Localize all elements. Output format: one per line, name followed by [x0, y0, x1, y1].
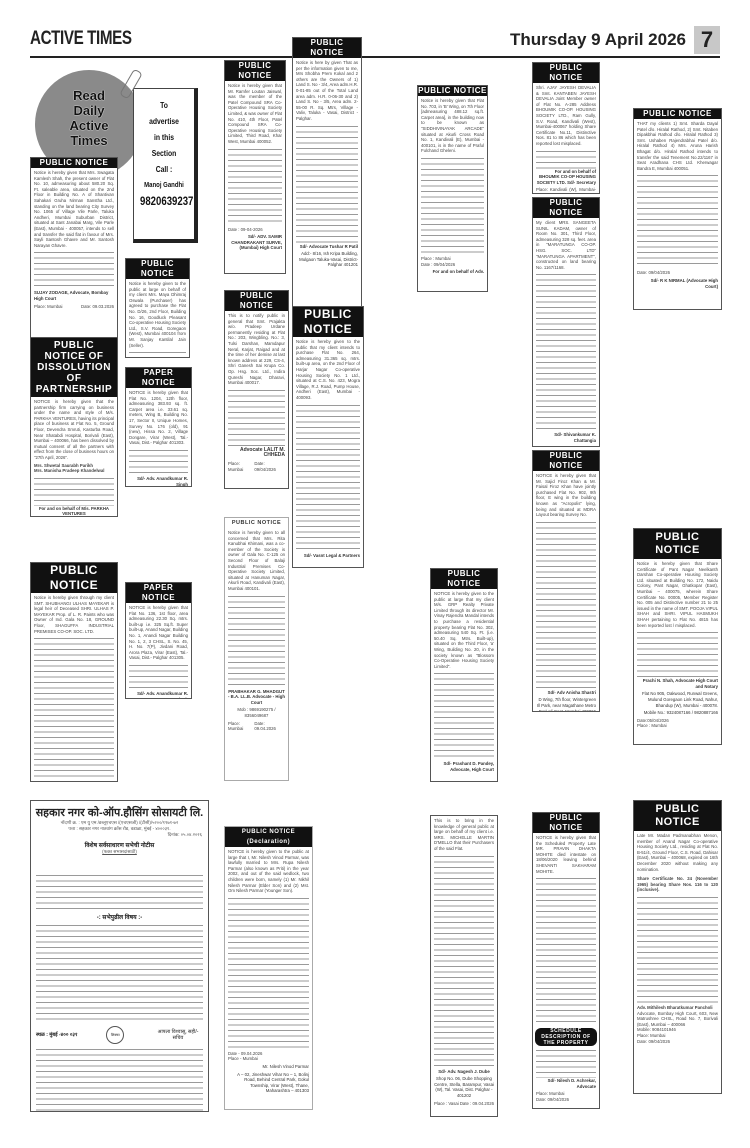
notice-heading: PUBLIC NOTICE	[126, 259, 189, 279]
notice-heading: PUBLIC NOTICE	[634, 109, 721, 119]
notice-box: PUBLIC NOTICE NOTICE is hereby given to …	[430, 568, 498, 782]
notice-body: THAT my clients 1) Smt. Sharda Dayal Pat…	[634, 119, 721, 173]
partner-name: Mrs. Manisha Pradeep Khandelwal	[34, 468, 114, 474]
notice-body: Notice is hereby given to the public tha…	[293, 337, 363, 403]
promo-line: Active	[35, 118, 143, 133]
notice-signature: For and on behalf of M/s. PARKHA VENTURE…	[31, 506, 117, 517]
society-stamp: शिक्का	[106, 1026, 124, 1044]
notice-heading: PUBLIC NOTICE	[533, 63, 599, 83]
notice-date: Date : 09.04.2026	[460, 1101, 494, 1107]
notice-body: Notice is hereby given through my client…	[31, 593, 117, 636]
notice-body: Late Mr. Madan Padmanabhan Menon, member…	[634, 831, 721, 874]
notice-signature: For and on behalf of BHOUMIK CO-OP HOUSI…	[533, 169, 599, 188]
notice-signature: Sd/- Adv. Anandkumar R. Singh	[126, 691, 191, 699]
notice-body: NOTICE is hereby given that the partners…	[31, 397, 117, 463]
notice-place: Place : Mumbai	[637, 723, 718, 729]
notice-box: PUBLIC NOTICE NOTICE is hereby given tha…	[532, 450, 600, 712]
notice-date: Date: 09/04/2026	[536, 1097, 596, 1103]
notice-heading: PUBLIC NOTICE	[293, 38, 361, 58]
notice-date: Date: 09.04.2026	[254, 721, 285, 732]
marathi-society-notice: सहकार नगर को-ऑप.हौसिंग सोसायटी लि. नोंदण…	[30, 800, 209, 1112]
notice-place: Place: Mumbai	[34, 304, 62, 310]
notice-heading: PUBLIC NOTICE	[533, 198, 599, 218]
notice-date: Date: 09/04/2026	[254, 461, 285, 472]
advertise-box: To advertise in this Section Call : Mano…	[133, 88, 198, 243]
masthead: ACTIVE TIMES Thursday 9 April 2026 7	[30, 22, 720, 58]
notice-heading: PUBLIC NOTICE	[293, 307, 363, 337]
notice-address: A – 02, Jineshwar Vihar No – 1, Bolinj R…	[225, 1072, 312, 1096]
notice-signature: Sd/- Advocate Tushar R Patil	[293, 244, 361, 252]
notice-place: Place: Mumbai	[228, 721, 254, 732]
notice-address: Advocate, Bombay High Court, 603, New Ma…	[637, 1011, 718, 1028]
advertise-line: Call :	[140, 161, 188, 177]
notice-box: PUBLIC NOTICE Notice is here by given Th…	[292, 37, 362, 322]
agenda-title: -: सभेपुढील विषय :-	[36, 913, 203, 921]
notice-heading: PUBLIC NOTICE	[418, 86, 487, 96]
notice-body: NOTICE is hereby given that Mr. Sajid Fi…	[533, 471, 599, 520]
notice-signature: SUJAY ZODAGE, Advocate, Bombay High Cour…	[31, 290, 117, 303]
notice-signature: PRABHAKAR G. MHADGUT - B.A. LL.B. Advoca…	[225, 689, 288, 708]
notice-box: PAPER NOTICE NOTICE is hereby given that…	[125, 582, 192, 699]
notice-body: This is to bring in the knowledge of gen…	[431, 816, 497, 854]
notice-box: PUBLIC NOTICE My client MRS. SANGEETA SU…	[532, 197, 600, 447]
notice-box: PUBLIC NOTICE Notice is hereby given thr…	[30, 562, 118, 782]
notice-signature: Sd/- Adv. Anandkumar R. Singh	[126, 476, 191, 487]
notice-box: PUBLIC NOTICE NOTICE is hereby given tha…	[532, 812, 600, 1109]
notice-body: NOTICE is hereby given that Flat No. 136…	[126, 603, 191, 663]
notice-heading: PUBLIC NOTICE OF DISSOLUTION OF PARTNERS…	[31, 338, 117, 397]
notice-signature: Sd/- Prashant D. Pandey, Advocate, High …	[431, 761, 497, 774]
notice-date: Date: 09/04/2026	[634, 268, 721, 278]
notice-address: Add:- 8/16, Ish Kripa Building, Mulgaon …	[293, 251, 361, 270]
notice-signature: Sd/- Vasnt Legal & Partners	[293, 553, 363, 561]
notice-heading: PUBLIC NOTICE	[533, 451, 599, 471]
page-number: 7	[694, 26, 720, 54]
notice-shares: Share Certificate No. 24 (November 1965)…	[634, 874, 721, 895]
notice-heading: PUBLIC NOTICE	[431, 569, 497, 589]
advertise-line: To	[140, 97, 188, 113]
notice-place: स्थळ : मुंबई -४०० ०३१	[36, 1032, 78, 1038]
schedule-heading: SCHEDULE DESCRIPTION OF THE PROPERTY	[535, 1028, 597, 1046]
notice-address: Flat No 905, Oakwood, Runwal Greens, Mul…	[634, 691, 721, 710]
notice-date: Date: 09/04/2026	[637, 1039, 718, 1045]
notice-body: My client MRS. SANGEETA SUNIL KADAM, own…	[533, 218, 599, 272]
notice-body: Notice is hereby given that Share Certif…	[634, 559, 721, 630]
notice-heading: PUBLIC NOTICE	[634, 529, 721, 559]
notice-body: Notice is hereby given that Flat No. 703…	[418, 96, 487, 156]
notice-place: Place: Mumbai	[228, 461, 254, 472]
notice-body: Notice is hereby given that Mrs. Swagata…	[31, 168, 117, 250]
notice-heading: PUBLIC NOTICE (Declaration)	[225, 827, 312, 847]
notice-body: NOTICE is hereby given that Flat No. 120…	[126, 388, 191, 448]
notice-box: PUBLIC NOTICE Shri. AJAY JAYESH DEVALIA …	[532, 62, 600, 194]
notice-body: Notice is hereby given to the public at …	[126, 279, 189, 350]
notice-body: Notice is hereby given that Mr. Ramfer L…	[225, 81, 285, 147]
notice-box: PUBLIC NOTICE Notice is hereby given tha…	[417, 85, 488, 292]
advertise-contact-name: Manoj Gandhi	[140, 177, 188, 193]
notice-signature: Sd/- R K NIRMAL (Advocate High Court)	[634, 278, 721, 291]
meeting-subheading: (फक्त सभासदांसाठी)	[31, 849, 208, 855]
notice-heading: PUBLIC NOTICE	[225, 291, 288, 311]
notice-box: PUBLIC NOTICE Notice is hereby given to …	[125, 258, 190, 358]
notice-box: PUBLIC NOTICE Notice is hereby given to …	[224, 517, 289, 781]
notice-box: PUBLIC NOTICE Late Mr. Madan Padmanabhan…	[633, 800, 722, 1094]
notice-date: Date: 09.03.2026	[81, 304, 114, 310]
notice-signature: Sd/- Adv. Nagesh J. Dube	[431, 1069, 497, 1077]
notice-signature: Sd/- ADV. SAMIR CHANDRAKANT SURVE, (Mumb…	[225, 234, 285, 253]
notice-place: Place : Vasai	[434, 1101, 459, 1107]
notice-box: PUBLIC NOTICE Notice is hereby given to …	[292, 306, 364, 568]
notice-heading: PUBLIC NOTICE	[225, 61, 285, 81]
notice-contact: Mob : 9869190275 / 8356049687	[225, 707, 288, 720]
notice-body: Notice is hereby given to all concerned …	[225, 528, 288, 594]
notice-box: PUBLIC NOTICE Notice is hereby given tha…	[30, 157, 118, 341]
advertise-line: in this	[140, 129, 188, 145]
notice-signature: For and on behalf of Adv.	[418, 269, 487, 277]
notice-body: This is to notify public in general that…	[225, 311, 288, 388]
notice-signature: Adv. Mithilesh Bharatkumar Pancholi	[637, 1005, 718, 1011]
notice-box: PUBLIC NOTICE (Declaration) NOTICE is he…	[224, 826, 313, 1110]
notice-box: This is to bring in the knowledge of gen…	[430, 815, 498, 1117]
society-name: सहकार नगर को-ऑप.हौसिंग सोसायटी लि.	[31, 801, 208, 820]
newspaper-title: ACTIVE TIMES	[30, 28, 132, 50]
promo-line: Times	[35, 133, 143, 148]
notice-body: NOTICE is hereby given to the public at …	[225, 847, 312, 896]
notice-heading: PUBLIC NOTICE	[31, 158, 117, 168]
notice-signature: Sd/- Shivankumar K. Chattangia	[533, 432, 599, 445]
notice-box: PAPER NOTICE NOTICE is hereby given that…	[125, 367, 192, 487]
notice-box: PUBLIC NOTICE Notice is hereby given tha…	[224, 60, 286, 274]
notice-box: PUBLIC NOTICE Notice is hereby given tha…	[633, 528, 722, 745]
notice-signature: आपला विश्वासू, सही/- सचिव	[153, 1029, 203, 1041]
notice-box: PUBLIC NOTICE THAT my clients 1) Smt. Sh…	[633, 108, 722, 310]
notice-contact: Mobile No.: 9324087166 / 9820887166	[634, 710, 721, 718]
notice-place: Place: Kandivali (W), Mumbai-400067.	[536, 187, 596, 194]
notice-heading: PUBLIC NOTICE	[634, 801, 721, 831]
notice-heading: PUBLIC NOTICE	[225, 518, 288, 528]
advertise-phone: 9820639237	[140, 193, 188, 209]
notice-signature: Sd/- Adv Anisha Shastri	[533, 690, 599, 698]
notice-body: Notice is here by given That as per the …	[293, 58, 361, 124]
notice-date: Date : 09/04/2026	[421, 262, 484, 268]
notice-heading: PUBLIC NOTICE	[31, 563, 117, 593]
notice-date: दिनांक: ०५.०४.२०२६	[31, 832, 208, 838]
notice-box: PUBLIC NOTICE This is to notify public i…	[224, 290, 289, 489]
notice-address: Shop No. 06, Dube Shopping Centre, Stell…	[431, 1076, 497, 1100]
issue-date: Thursday 9 April 2026	[510, 30, 686, 50]
notice-body: NOTICE is hereby given to the public at …	[431, 589, 497, 671]
notice-signature: Prachi N. Shah, Advocate High Court and …	[634, 678, 721, 691]
notice-body: Shri. AJAY JAYESH DEVALIA & Smt. KANTABE…	[533, 83, 599, 149]
notice-signature: Advocate LALIT M. CHHEDA	[225, 448, 288, 461]
notice-address: D Wing, 7th floor, Wintergreen Ill Park,…	[533, 697, 599, 712]
notice-signature: Mr. Nilesh Vinod Parmar	[225, 1064, 312, 1072]
notice-heading: PUBLIC NOTICE	[533, 813, 599, 833]
advertise-line: Section	[140, 145, 188, 161]
notice-signature: Sd/- Nilesh D. Achrekar, Advocate	[533, 1078, 599, 1091]
notice-date: Date : 09-04-2026	[225, 225, 285, 235]
notice-body: NOTICE is hereby given that the Schedule…	[533, 833, 599, 876]
meeting-heading: विशेष सर्वसाधारण सभेची नोटीस	[31, 841, 208, 849]
advertise-line: advertise	[140, 113, 188, 129]
promo-line: Daily	[35, 103, 143, 118]
notice-place: Place - Mumbai	[228, 1056, 309, 1062]
notice-heading: PAPER NOTICE	[126, 583, 191, 603]
notice-heading: PAPER NOTICE	[126, 368, 191, 388]
notice-box: PUBLIC NOTICE OF DISSOLUTION OF PARTNERS…	[30, 337, 118, 517]
